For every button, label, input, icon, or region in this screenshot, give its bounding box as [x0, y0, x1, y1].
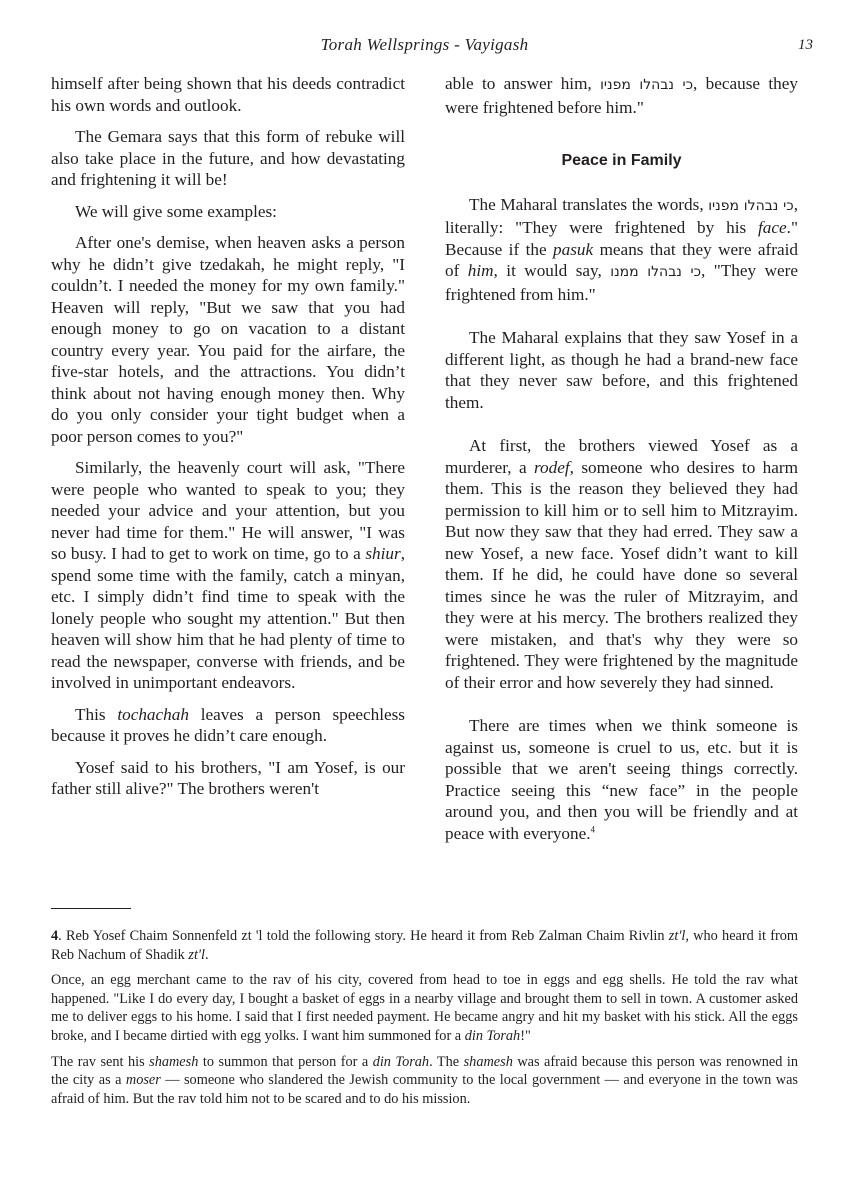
- text: . Reb Yosef Chaim Sonnenfeld zt 'l told …: [58, 928, 669, 944]
- left-column: himself after being shown that his deeds…: [51, 73, 405, 810]
- paragraph: The Maharal explains that they saw Yosef…: [445, 327, 798, 413]
- italic-term: pasuk: [553, 240, 593, 259]
- text: The Maharal translates the words,: [469, 195, 708, 214]
- italic-term: zt'l: [669, 928, 686, 944]
- text: Similarly, the heavenly court will ask, …: [51, 458, 405, 563]
- paragraph: able to answer him, כי נבהלו מפניו, beca…: [445, 73, 798, 118]
- paragraph: The Maharal translates the words, כי נבה…: [445, 194, 798, 306]
- text: .: [205, 947, 209, 963]
- paragraph: There are times when we think someone is…: [445, 715, 798, 844]
- italic-term: shamesh: [149, 1054, 198, 1070]
- paragraph: At first, the brothers viewed Yosef as a…: [445, 435, 798, 693]
- paragraph: The Gemara says that this form of rebuke…: [51, 126, 405, 191]
- italic-term: him: [468, 261, 494, 280]
- text: — someone who slandered the Jewish commu…: [51, 1072, 798, 1107]
- paragraph: After one's demise, when heaven asks a p…: [51, 232, 405, 447]
- text: Once, an egg merchant came to the rav of…: [51, 972, 798, 1044]
- italic-term: din Torah: [465, 1028, 521, 1044]
- text: , spend some time with the family, catch…: [51, 544, 405, 692]
- paragraph: Similarly, the heavenly court will ask, …: [51, 457, 405, 694]
- italic-term: shiur: [365, 544, 400, 563]
- text: to summon that person for a: [198, 1054, 372, 1070]
- paragraph: himself after being shown that his deeds…: [51, 73, 405, 116]
- text: The rav sent his: [51, 1054, 149, 1070]
- text: , it would say,: [494, 261, 611, 280]
- section-heading: Peace in Family: [445, 150, 798, 172]
- italic-term: zt'l: [188, 947, 205, 963]
- text: able to answer him,: [445, 74, 600, 93]
- hebrew-quote: כי נבהלו ממנו: [610, 264, 701, 280]
- text: There are times when we think someone is…: [445, 716, 798, 843]
- running-header: Torah Wellsprings - Vayigash 13: [0, 33, 849, 57]
- text: This: [75, 705, 117, 724]
- paragraph: We will give some examples:: [51, 201, 405, 223]
- right-column: able to answer him, כי נבהלו מפניו, beca…: [445, 73, 798, 854]
- paragraph: This tochachah leaves a person speechles…: [51, 704, 405, 747]
- italic-term: din Torah: [373, 1054, 429, 1070]
- italic-term: tochachah: [117, 705, 189, 724]
- italic-term: moser: [126, 1072, 161, 1088]
- italic-term: face: [758, 218, 787, 237]
- running-title: Torah Wellsprings - Vayigash: [0, 35, 849, 55]
- italic-term: shamesh: [464, 1054, 513, 1070]
- text: !": [520, 1028, 531, 1044]
- footnotes: 4. Reb Yosef Chaim Sonnenfeld zt 'l told…: [51, 927, 798, 1115]
- hebrew-quote: כי נבהלו מפניו: [600, 77, 693, 93]
- page-number: 13: [798, 37, 813, 54]
- footnote-paragraph: The rav sent his shamesh to summon that …: [51, 1053, 798, 1109]
- hebrew-quote: כי נבהלו מפניו: [708, 198, 793, 214]
- text: , someone who desires to harm them. This…: [445, 458, 798, 692]
- italic-term: rodef: [534, 458, 570, 477]
- footnote-divider: [51, 908, 131, 909]
- text: . The: [429, 1054, 464, 1070]
- footnote: 4. Reb Yosef Chaim Sonnenfeld zt 'l told…: [51, 927, 798, 964]
- paragraph: Yosef said to his brothers, "I am Yosef,…: [51, 757, 405, 800]
- footnote-reference[interactable]: 4: [591, 824, 596, 834]
- footnote-paragraph: Once, an egg merchant came to the rav of…: [51, 971, 798, 1045]
